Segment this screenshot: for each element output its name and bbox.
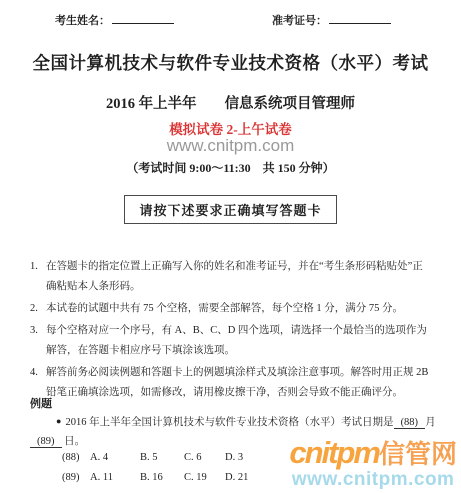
example-question-part3: 日。 — [64, 436, 85, 447]
example-question-part2: 月 — [425, 417, 436, 428]
subject-text: 信息系统项目管理师 — [225, 96, 356, 112]
option-b: B. 5 — [140, 448, 184, 468]
candidate-name-field: 考生姓名： — [55, 12, 174, 28]
instruction-text: 每个空格对应一个序号，有 A、B、C、D 四个选项，请选择一个最恰当的选项作为解… — [46, 321, 432, 361]
option-d: D. 21 — [225, 468, 248, 488]
ticket-number-field: 准考证号： — [272, 12, 391, 28]
notice-wrapper: 请按下述要求正确填写答题卡 — [0, 195, 461, 224]
example-blank-89: (89) — [30, 436, 62, 448]
instructions-list: 1. 在答题卡的指定位置上正确写入你的姓名和准考证号，并在“考生条形码粘贴处”正… — [30, 257, 432, 405]
option-row-88: (88) A. 4 B. 5 C. 6 D. 3 — [62, 448, 248, 468]
session-text: 2016 年上半年 — [106, 96, 197, 112]
example-heading: 例题 — [30, 395, 52, 411]
instruction-item-2: 2. 本试卷的试题中共有 75 个空格，需要全部解答，每个空格 1 分，满分 7… — [30, 299, 432, 319]
candidate-name-label: 考生姓名： — [55, 15, 110, 27]
instruction-item-1: 1. 在答题卡的指定位置上正确写入你的姓名和准考证号，并在“考生条形码粘贴处”正… — [30, 257, 432, 297]
session-line: 2016 年上半年信息系统项目管理师 — [0, 92, 461, 113]
instruction-text: 解答前务必阅读例题和答题卡上的例题填涂样式及填涂注意事项。解答时用正规 2B 铅… — [46, 363, 432, 403]
option-number: (88) — [62, 448, 90, 468]
candidate-info-row: 考生姓名： 准考证号： — [0, 12, 461, 32]
watermark-url: www.cnitpm.com — [289, 470, 457, 489]
main-title: 全国计算机技术与软件专业技术资格（水平）考试 — [0, 50, 461, 75]
instruction-number: 1. — [30, 257, 46, 297]
example-question-part1: 2016 年上半年全国计算机技术与软件专业技术资格（水平）考试日期是 — [65, 417, 393, 428]
watermark-brand-line: cnitpm信管网 — [289, 437, 457, 468]
website-text: www.cnitpm.com — [0, 136, 461, 156]
option-a: A. 11 — [90, 468, 140, 488]
option-c: C. 6 — [184, 448, 225, 468]
example-blank-88: (88) — [394, 417, 426, 429]
option-d: D. 3 — [225, 448, 243, 468]
bullet-icon: ● — [56, 416, 61, 426]
notice-box: 请按下述要求正确填写答题卡 — [124, 195, 336, 224]
watermark-brand-chinese: 信管网 — [379, 439, 457, 469]
example-options: (88) A. 4 B. 5 C. 6 D. 3 (89) A. 11 B. 1… — [62, 448, 248, 488]
option-number: (89) — [62, 468, 90, 488]
instruction-text: 本试卷的试题中共有 75 个空格，需要全部解答，每个空格 1 分，满分 75 分… — [46, 299, 432, 319]
instruction-number: 2. — [30, 299, 46, 319]
instruction-item-3: 3. 每个空格对应一个序号，有 A、B、C、D 四个选项，请选择一个最恰当的选项… — [30, 321, 432, 361]
paper-title: 模拟试卷 2-上午试卷 — [0, 118, 461, 138]
exam-paper-page: 考生姓名： 准考证号： 全国计算机技术与软件专业技术资格（水平）考试 2016 … — [0, 0, 461, 493]
ticket-number-blank — [329, 12, 391, 24]
instruction-text: 在答题卡的指定位置上正确写入你的姓名和准考证号，并在“考生条形码粘贴处”正确粘贴… — [46, 257, 432, 297]
instruction-number: 3. — [30, 321, 46, 361]
option-c: C. 19 — [184, 468, 225, 488]
ticket-number-label: 准考证号： — [272, 15, 327, 27]
option-row-89: (89) A. 11 B. 16 C. 19 D. 21 — [62, 468, 248, 488]
exam-time-text: （考试时间 9:00～11:30 共 150 分钟） — [0, 159, 461, 176]
instruction-item-4: 4. 解答前务必阅读例题和答题卡上的例题填涂样式及填涂注意事项。解答时用正规 2… — [30, 363, 432, 403]
site-watermark: cnitpm信管网 www.cnitpm.com — [289, 437, 457, 489]
candidate-name-blank — [112, 12, 174, 24]
watermark-brand-latin: cnitpm — [289, 435, 379, 470]
option-a: A. 4 — [90, 448, 140, 468]
option-b: B. 16 — [140, 468, 184, 488]
